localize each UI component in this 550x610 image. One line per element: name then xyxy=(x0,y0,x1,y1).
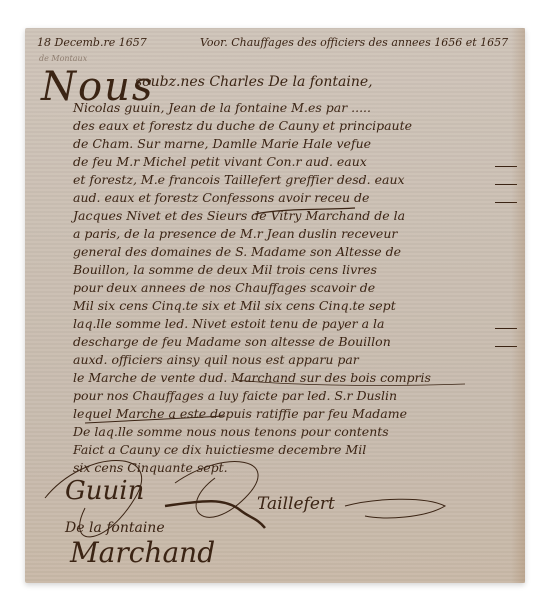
signature-flourish-icon xyxy=(25,28,525,583)
manuscript-page: 18 Decemb.re 1657 Voor. Chauffages des o… xyxy=(25,28,525,583)
